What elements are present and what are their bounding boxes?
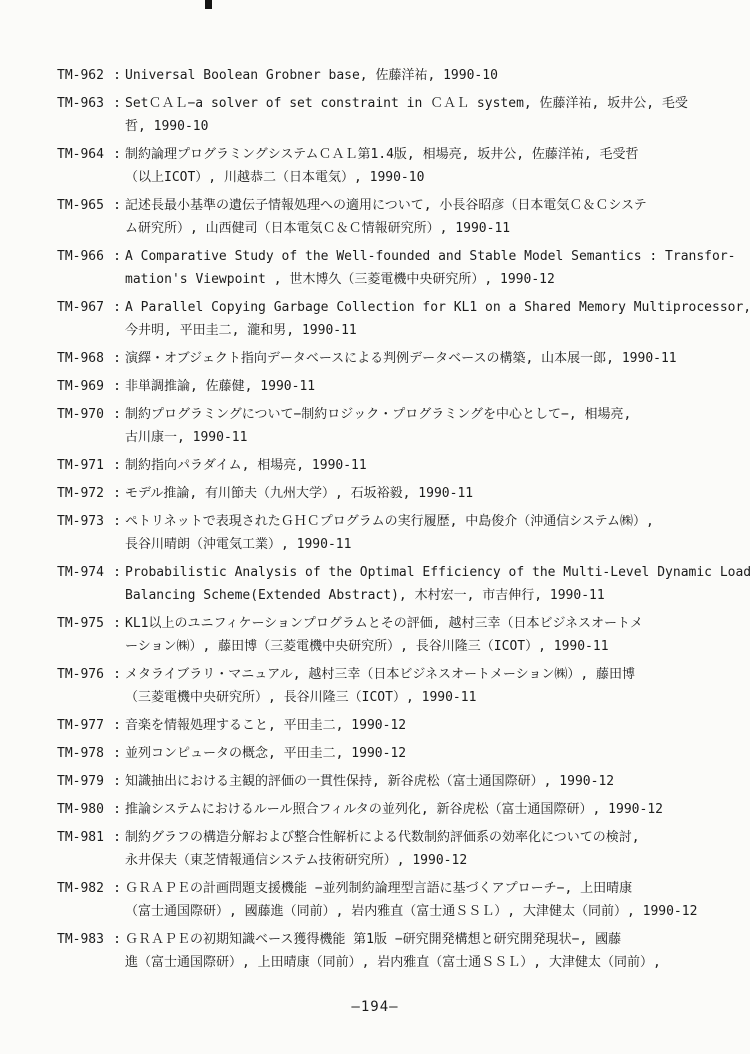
tm-entry-colon: : — [109, 770, 125, 793]
tm-entry: TM-971 : 制約指向パラダイム, 相場亮, 1990-11 — [57, 454, 722, 477]
tm-entry-line: モデル推論, 有川節夫（九州大学）, 石坂裕毅, 1990-11 — [125, 482, 722, 505]
tm-entry-line: 制約プログラミングについて−制約ロジック・プログラミングを中心として−, 相場亮… — [125, 403, 722, 426]
tm-entry-id: TM-971 — [57, 454, 109, 477]
tm-entry-body: 制約プログラミングについて−制約ロジック・プログラミングを中心として−, 相場亮… — [125, 403, 722, 449]
tm-entry-line: メタライブラリ・マニュアル, 越村三幸（日本ビジネスオートメーション㈱）, 藤田… — [125, 663, 722, 686]
tm-entry: TM-982 : ＧＲＡＰＥの計画問題支援機能 −並列制約論理型言語に基づくアプ… — [57, 877, 722, 923]
tm-entry-line: 制約指向パラダイム, 相場亮, 1990-11 — [125, 454, 722, 477]
tm-entry-colon: : — [109, 561, 125, 584]
tm-entry-line: ＧＲＡＰＥの計画問題支援機能 −並列制約論理型言語に基づくアプローチ−, 上田晴… — [125, 877, 722, 900]
tm-entry-colon: : — [109, 928, 125, 951]
tm-entry-id: TM-968 — [57, 347, 109, 370]
tm-entry: TM-962 : Universal Boolean Grobner base,… — [57, 64, 722, 87]
tm-entry-line: A Comparative Study of the Well-founded … — [125, 245, 722, 268]
tm-entry-id: TM-967 — [57, 296, 109, 319]
tm-entry-colon: : — [109, 510, 125, 533]
tm-entry-body: KL1以上のユニフィケーションプログラムとその評価, 越村三幸（日本ビジネスオー… — [125, 612, 722, 658]
tm-entry-line: 音楽を情報処理すること, 平田圭二, 1990-12 — [125, 714, 722, 737]
tm-entry: TM-978 : 並列コンピュータの概念, 平田圭二, 1990-12 — [57, 742, 722, 765]
tm-entry: TM-979 : 知識抽出における主観的評価の一貫性保持, 新谷虎松（富士通国際… — [57, 770, 722, 793]
tm-entry-body: メタライブラリ・マニュアル, 越村三幸（日本ビジネスオートメーション㈱）, 藤田… — [125, 663, 722, 709]
tm-entry: TM-973 : ペトリネットで表現されたＧＨＣプログラムの実行履歴, 中島俊介… — [57, 510, 722, 556]
tm-entry-body: 制約指向パラダイム, 相場亮, 1990-11 — [125, 454, 722, 477]
tm-entry-line: 哲, 1990-10 — [125, 115, 722, 138]
tm-entry-colon: : — [109, 296, 125, 319]
tm-entry-line: （三菱電機中央研究所）, 長谷川隆三（ICOT）, 1990-11 — [125, 686, 722, 709]
tm-entry-colon: : — [109, 347, 125, 370]
tm-entry-id: TM-976 — [57, 663, 109, 686]
tm-entry-line: Probabilistic Analysis of the Optimal Ef… — [125, 561, 722, 584]
tm-entry-colon: : — [109, 742, 125, 765]
tm-entry: TM-965 : 記述長最小基準の遺伝子情報処理への適用について, 小長谷昭彦（… — [57, 194, 722, 240]
tm-entry: TM-980 : 推論システムにおけるルール照合フィルタの並列化, 新谷虎松（富… — [57, 798, 722, 821]
tm-entry-line: SetＣＡＬ−a solver of set constraint in ＣＡＬ… — [125, 92, 722, 115]
tm-entry-line: Balancing Scheme(Extended Abstract), 木村宏… — [125, 584, 722, 607]
tm-entry-line: 並列コンピュータの概念, 平田圭二, 1990-12 — [125, 742, 722, 765]
tm-entry-colon: : — [109, 375, 125, 398]
tm-entry-id: TM-983 — [57, 928, 109, 951]
tm-entry: TM-970 : 制約プログラミングについて−制約ロジック・プログラミングを中心… — [57, 403, 722, 449]
tm-entry-body: 演繹・オブジェクト指向データベースによる判例データベースの構築, 山本展一郎, … — [125, 347, 722, 370]
tm-entry-line: A Parallel Copying Garbage Collection fo… — [125, 296, 722, 319]
tm-entry: TM-976 : メタライブラリ・マニュアル, 越村三幸（日本ビジネスオートメー… — [57, 663, 722, 709]
tm-entry-colon: : — [109, 454, 125, 477]
tm-entry-id: TM-978 — [57, 742, 109, 765]
tm-entry-body: 非単調推論, 佐藤健, 1990-11 — [125, 375, 722, 398]
tm-entry-line: 制約グラフの構造分解および整合性解析による代数制約評価系の効率化についての検討, — [125, 826, 722, 849]
tm-entry-colon: : — [109, 798, 125, 821]
tm-entry-line: 演繹・オブジェクト指向データベースによる判例データベースの構築, 山本展一郎, … — [125, 347, 722, 370]
tm-entry-id: TM-981 — [57, 826, 109, 849]
tm-entry-id: TM-982 — [57, 877, 109, 900]
tm-entry-body: SetＣＡＬ−a solver of set constraint in ＣＡＬ… — [125, 92, 722, 138]
tm-entry-id: TM-972 — [57, 482, 109, 505]
tm-entry-colon: : — [109, 403, 125, 426]
tm-entry-id: TM-974 — [57, 561, 109, 584]
entry-list: TM-962 : Universal Boolean Grobner base,… — [57, 64, 722, 974]
tm-entry-line: ペトリネットで表現されたＧＨＣプログラムの実行履歴, 中島俊介（沖通信システム㈱… — [125, 510, 722, 533]
tm-entry-line: mation's Viewpoint , 世木博久（三菱電機中央研究所）, 19… — [125, 268, 722, 291]
tm-entry-line: ム研究所）, 山西健司（日本電気Ｃ＆Ｃ情報研究所）, 1990-11 — [125, 217, 722, 240]
tm-entry-colon: : — [109, 92, 125, 115]
page-number: ―194― — [0, 996, 750, 1018]
scan-artifact — [205, 0, 212, 9]
tm-entry-body: 音楽を情報処理すること, 平田圭二, 1990-12 — [125, 714, 722, 737]
tm-entry-line: 記述長最小基準の遺伝子情報処理への適用について, 小長谷昭彦（日本電気Ｃ＆Ｃシス… — [125, 194, 722, 217]
tm-entry-body: モデル推論, 有川節夫（九州大学）, 石坂裕毅, 1990-11 — [125, 482, 722, 505]
tm-entry-body: 制約論理プログラミングシステムＣＡＬ第1.4版, 相場亮, 坂井公, 佐藤洋祐,… — [125, 143, 722, 189]
tm-entry: TM-966 : A Comparative Study of the Well… — [57, 245, 722, 291]
tm-entry-body: 知識抽出における主観的評価の一貫性保持, 新谷虎松（富士通国際研）, 1990-… — [125, 770, 722, 793]
tm-entry-line: 制約論理プログラミングシステムＣＡＬ第1.4版, 相場亮, 坂井公, 佐藤洋祐,… — [125, 143, 722, 166]
tm-entry-colon: : — [109, 194, 125, 217]
tm-entry-colon: : — [109, 143, 125, 166]
tm-entry: TM-983 : ＧＲＡＰＥの初期知識ベース獲得機能 第1版 −研究開発構想と研… — [57, 928, 722, 974]
tm-entry-colon: : — [109, 663, 125, 686]
tm-entry-id: TM-970 — [57, 403, 109, 426]
tm-entry-id: TM-963 — [57, 92, 109, 115]
tm-entry-line: 推論システムにおけるルール照合フィルタの並列化, 新谷虎松（富士通国際研）, 1… — [125, 798, 722, 821]
tm-entry-line: ーション㈱）, 藤田博（三菱電機中央研究所）, 長谷川隆三（ICOT）, 199… — [125, 635, 722, 658]
tm-entry-line: 古川康一, 1990-11 — [125, 426, 722, 449]
tm-entry-colon: : — [109, 612, 125, 635]
tm-entry: TM-964 : 制約論理プログラミングシステムＣＡＬ第1.4版, 相場亮, 坂… — [57, 143, 722, 189]
tm-entry-body: 制約グラフの構造分解および整合性解析による代数制約評価系の効率化についての検討,… — [125, 826, 722, 872]
tm-entry-line: 非単調推論, 佐藤健, 1990-11 — [125, 375, 722, 398]
tm-entry: TM-963 : SetＣＡＬ−a solver of set constrai… — [57, 92, 722, 138]
tm-entry-body: A Parallel Copying Garbage Collection fo… — [125, 296, 722, 342]
tm-entry-id: TM-965 — [57, 194, 109, 217]
tm-entry-body: 推論システムにおけるルール照合フィルタの並列化, 新谷虎松（富士通国際研）, 1… — [125, 798, 722, 821]
tm-entry: TM-968 : 演繹・オブジェクト指向データベースによる判例データベースの構築… — [57, 347, 722, 370]
tm-entry-body: Universal Boolean Grobner base, 佐藤洋祐, 19… — [125, 64, 722, 87]
tm-entry-colon: : — [109, 482, 125, 505]
tm-entry-id: TM-979 — [57, 770, 109, 793]
tm-entry-id: TM-969 — [57, 375, 109, 398]
tm-entry: TM-977 : 音楽を情報処理すること, 平田圭二, 1990-12 — [57, 714, 722, 737]
tm-entry: TM-981 : 制約グラフの構造分解および整合性解析による代数制約評価系の効率… — [57, 826, 722, 872]
tm-entry-body: Probabilistic Analysis of the Optimal Ef… — [125, 561, 722, 607]
tm-entry-line: 知識抽出における主観的評価の一貫性保持, 新谷虎松（富士通国際研）, 1990-… — [125, 770, 722, 793]
tm-entry-body: 記述長最小基準の遺伝子情報処理への適用について, 小長谷昭彦（日本電気Ｃ＆Ｃシス… — [125, 194, 722, 240]
tm-entry-id: TM-975 — [57, 612, 109, 635]
tm-entry-line: KL1以上のユニフィケーションプログラムとその評価, 越村三幸（日本ビジネスオー… — [125, 612, 722, 635]
tm-entry-colon: : — [109, 877, 125, 900]
tm-entry-line: Universal Boolean Grobner base, 佐藤洋祐, 19… — [125, 64, 722, 87]
tm-entry-line: ＧＲＡＰＥの初期知識ベース獲得機能 第1版 −研究開発構想と研究開発現状−, 國… — [125, 928, 722, 951]
tm-entry-line: 長谷川晴朗（沖電気工業）, 1990-11 — [125, 533, 722, 556]
tm-entry-id: TM-966 — [57, 245, 109, 268]
tm-entry-id: TM-962 — [57, 64, 109, 87]
tm-entry: TM-974 : Probabilistic Analysis of the O… — [57, 561, 722, 607]
tm-entry-colon: : — [109, 64, 125, 87]
tm-entry-line: （以上ICOT）, 川越恭二（日本電気）, 1990-10 — [125, 166, 722, 189]
tm-entry-id: TM-973 — [57, 510, 109, 533]
tm-entry: TM-967 : A Parallel Copying Garbage Coll… — [57, 296, 722, 342]
tm-entry-body: 並列コンピュータの概念, 平田圭二, 1990-12 — [125, 742, 722, 765]
tm-entry-body: ＧＲＡＰＥの計画問題支援機能 −並列制約論理型言語に基づくアプローチ−, 上田晴… — [125, 877, 722, 923]
tm-entry-line: 今井明, 平田圭二, 瀧和男, 1990-11 — [125, 319, 722, 342]
tm-entry-id: TM-980 — [57, 798, 109, 821]
tm-entry: TM-972 : モデル推論, 有川節夫（九州大学）, 石坂裕毅, 1990-1… — [57, 482, 722, 505]
tm-entry-line: 永井保夫（東芝情報通信システム技術研究所）, 1990-12 — [125, 849, 722, 872]
tm-entry-id: TM-977 — [57, 714, 109, 737]
tm-entry: TM-969 : 非単調推論, 佐藤健, 1990-11 — [57, 375, 722, 398]
tm-entry-body: ペトリネットで表現されたＧＨＣプログラムの実行履歴, 中島俊介（沖通信システム㈱… — [125, 510, 722, 556]
tm-entry-line: 進（富士通国際研）, 上田晴康（同前）, 岩内雅直（富士通ＳＳＬ）, 大津健太（… — [125, 951, 722, 974]
tm-entry-colon: : — [109, 714, 125, 737]
tm-entry-line: （富士通国際研）, 國藤進（同前）, 岩内雅直（富士通ＳＳＬ）, 大津健太（同前… — [125, 900, 722, 923]
tm-entry-colon: : — [109, 826, 125, 849]
tm-entry-colon: : — [109, 245, 125, 268]
document-page: TM-962 : Universal Boolean Grobner base,… — [57, 64, 722, 979]
tm-entry-body: ＧＲＡＰＥの初期知識ベース獲得機能 第1版 −研究開発構想と研究開発現状−, 國… — [125, 928, 722, 974]
tm-entry-body: A Comparative Study of the Well-founded … — [125, 245, 722, 291]
tm-entry: TM-975 : KL1以上のユニフィケーションプログラムとその評価, 越村三幸… — [57, 612, 722, 658]
tm-entry-id: TM-964 — [57, 143, 109, 166]
